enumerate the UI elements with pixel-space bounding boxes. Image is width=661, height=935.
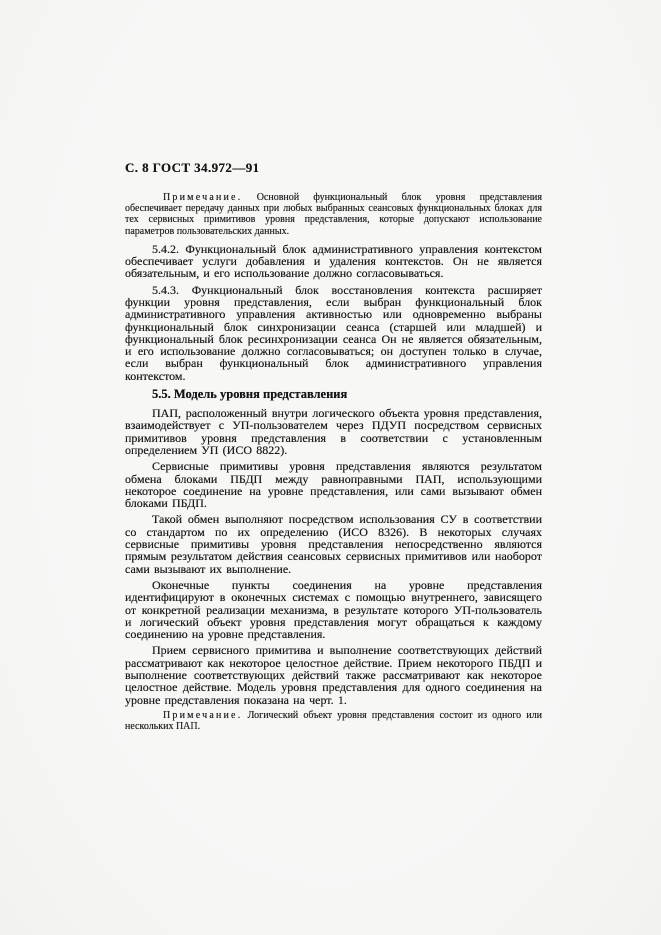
section-heading: 5.5. Модель уровня представления (125, 388, 542, 401)
body-paragraph: 5.4.2. Функциональный блок административ… (125, 243, 542, 280)
paragraph-text: Сервисные примитивы уровня представления… (125, 459, 542, 510)
body-paragraph: ПАП, расположенный внутри логического об… (125, 407, 542, 456)
paragraph-text: Такой обмен выполняют посредством исполь… (125, 512, 542, 575)
body-paragraph: Оконечные пункты соединения на уровне пр… (125, 579, 542, 640)
section-number: 5.5. (152, 387, 171, 401)
document-body: Примечание. Основной функциональный блок… (125, 192, 542, 732)
note-paragraph: Примечание. Основной функциональный блок… (125, 192, 542, 237)
page-header: С. 8 ГОСТ 34.972—91 (125, 160, 542, 176)
body-paragraph: Сервисные примитивы уровня представления… (125, 460, 542, 509)
body-paragraph: 5.4.3. Функциональный блок восстановлени… (125, 284, 542, 382)
body-paragraph: Прием сервисного примитива и выполнение … (125, 644, 542, 705)
paragraph-text: Прием сервисного примитива и выполнение … (125, 643, 542, 706)
note-label: Примечание. (163, 192, 242, 203)
paragraph-text: ПАП, расположенный внутри логического об… (125, 406, 542, 457)
note-label: Примечание. (163, 710, 242, 721)
paragraph-text: Функциональный блок административного уп… (125, 242, 542, 281)
document-page: С. 8 ГОСТ 34.972—91 Примечание. Основной… (125, 160, 542, 738)
paragraph-text: Функциональный блок восстановления конте… (125, 283, 542, 383)
paragraph-text: Оконечные пункты соединения на уровне пр… (125, 578, 542, 641)
heading-text: Модель уровня представления (174, 387, 347, 401)
note-paragraph: Примечание. Логический объект уровня пре… (125, 710, 542, 732)
body-paragraph: Такой обмен выполняют посредством исполь… (125, 513, 542, 574)
